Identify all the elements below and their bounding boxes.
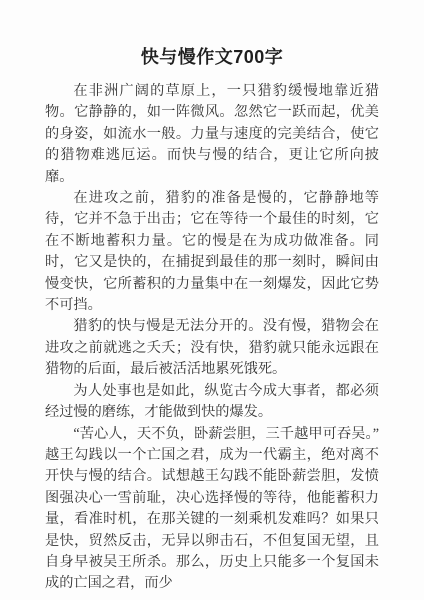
essay-paragraph: “苦心人，天不负，卧薪尝胆，三千越甲可吞吴。”越王勾践以一个亡国之君，成为一代霸… [45, 424, 379, 595]
essay-body: 在非洲广阔的草原上，一只猎豹缓慢地靠近猎物。它静静的，如一阵微风。忽然它一跃而起… [0, 81, 424, 595]
essay-paragraph: 猎豹的快与慢是无法分开的。没有慢，猎物会在进攻之前就逃之夭夭；没有快，猎豹就只能… [45, 316, 379, 380]
essay-title: 快与慢作文700字 [44, 46, 380, 68]
document-page: 快与慢作文700字 在非洲广阔的草原上，一只猎豹缓慢地靠近猎物。它静静的，如一阵… [0, 0, 424, 600]
essay-paragraph: 在进攻之前，猎豹的准备是慢的，它静静地等待，它并不急于出击；它在等待一个最佳的时… [45, 188, 379, 316]
essay-paragraph: 在非洲广阔的草原上，一只猎豹缓慢地靠近猎物。它静静的，如一阵微风。忽然它一跃而起… [45, 81, 379, 188]
essay-paragraph: 为人处事也是如此，纵览古今成大事者，都必须经过慢的磨练，才能做到快的爆发。 [45, 381, 379, 424]
